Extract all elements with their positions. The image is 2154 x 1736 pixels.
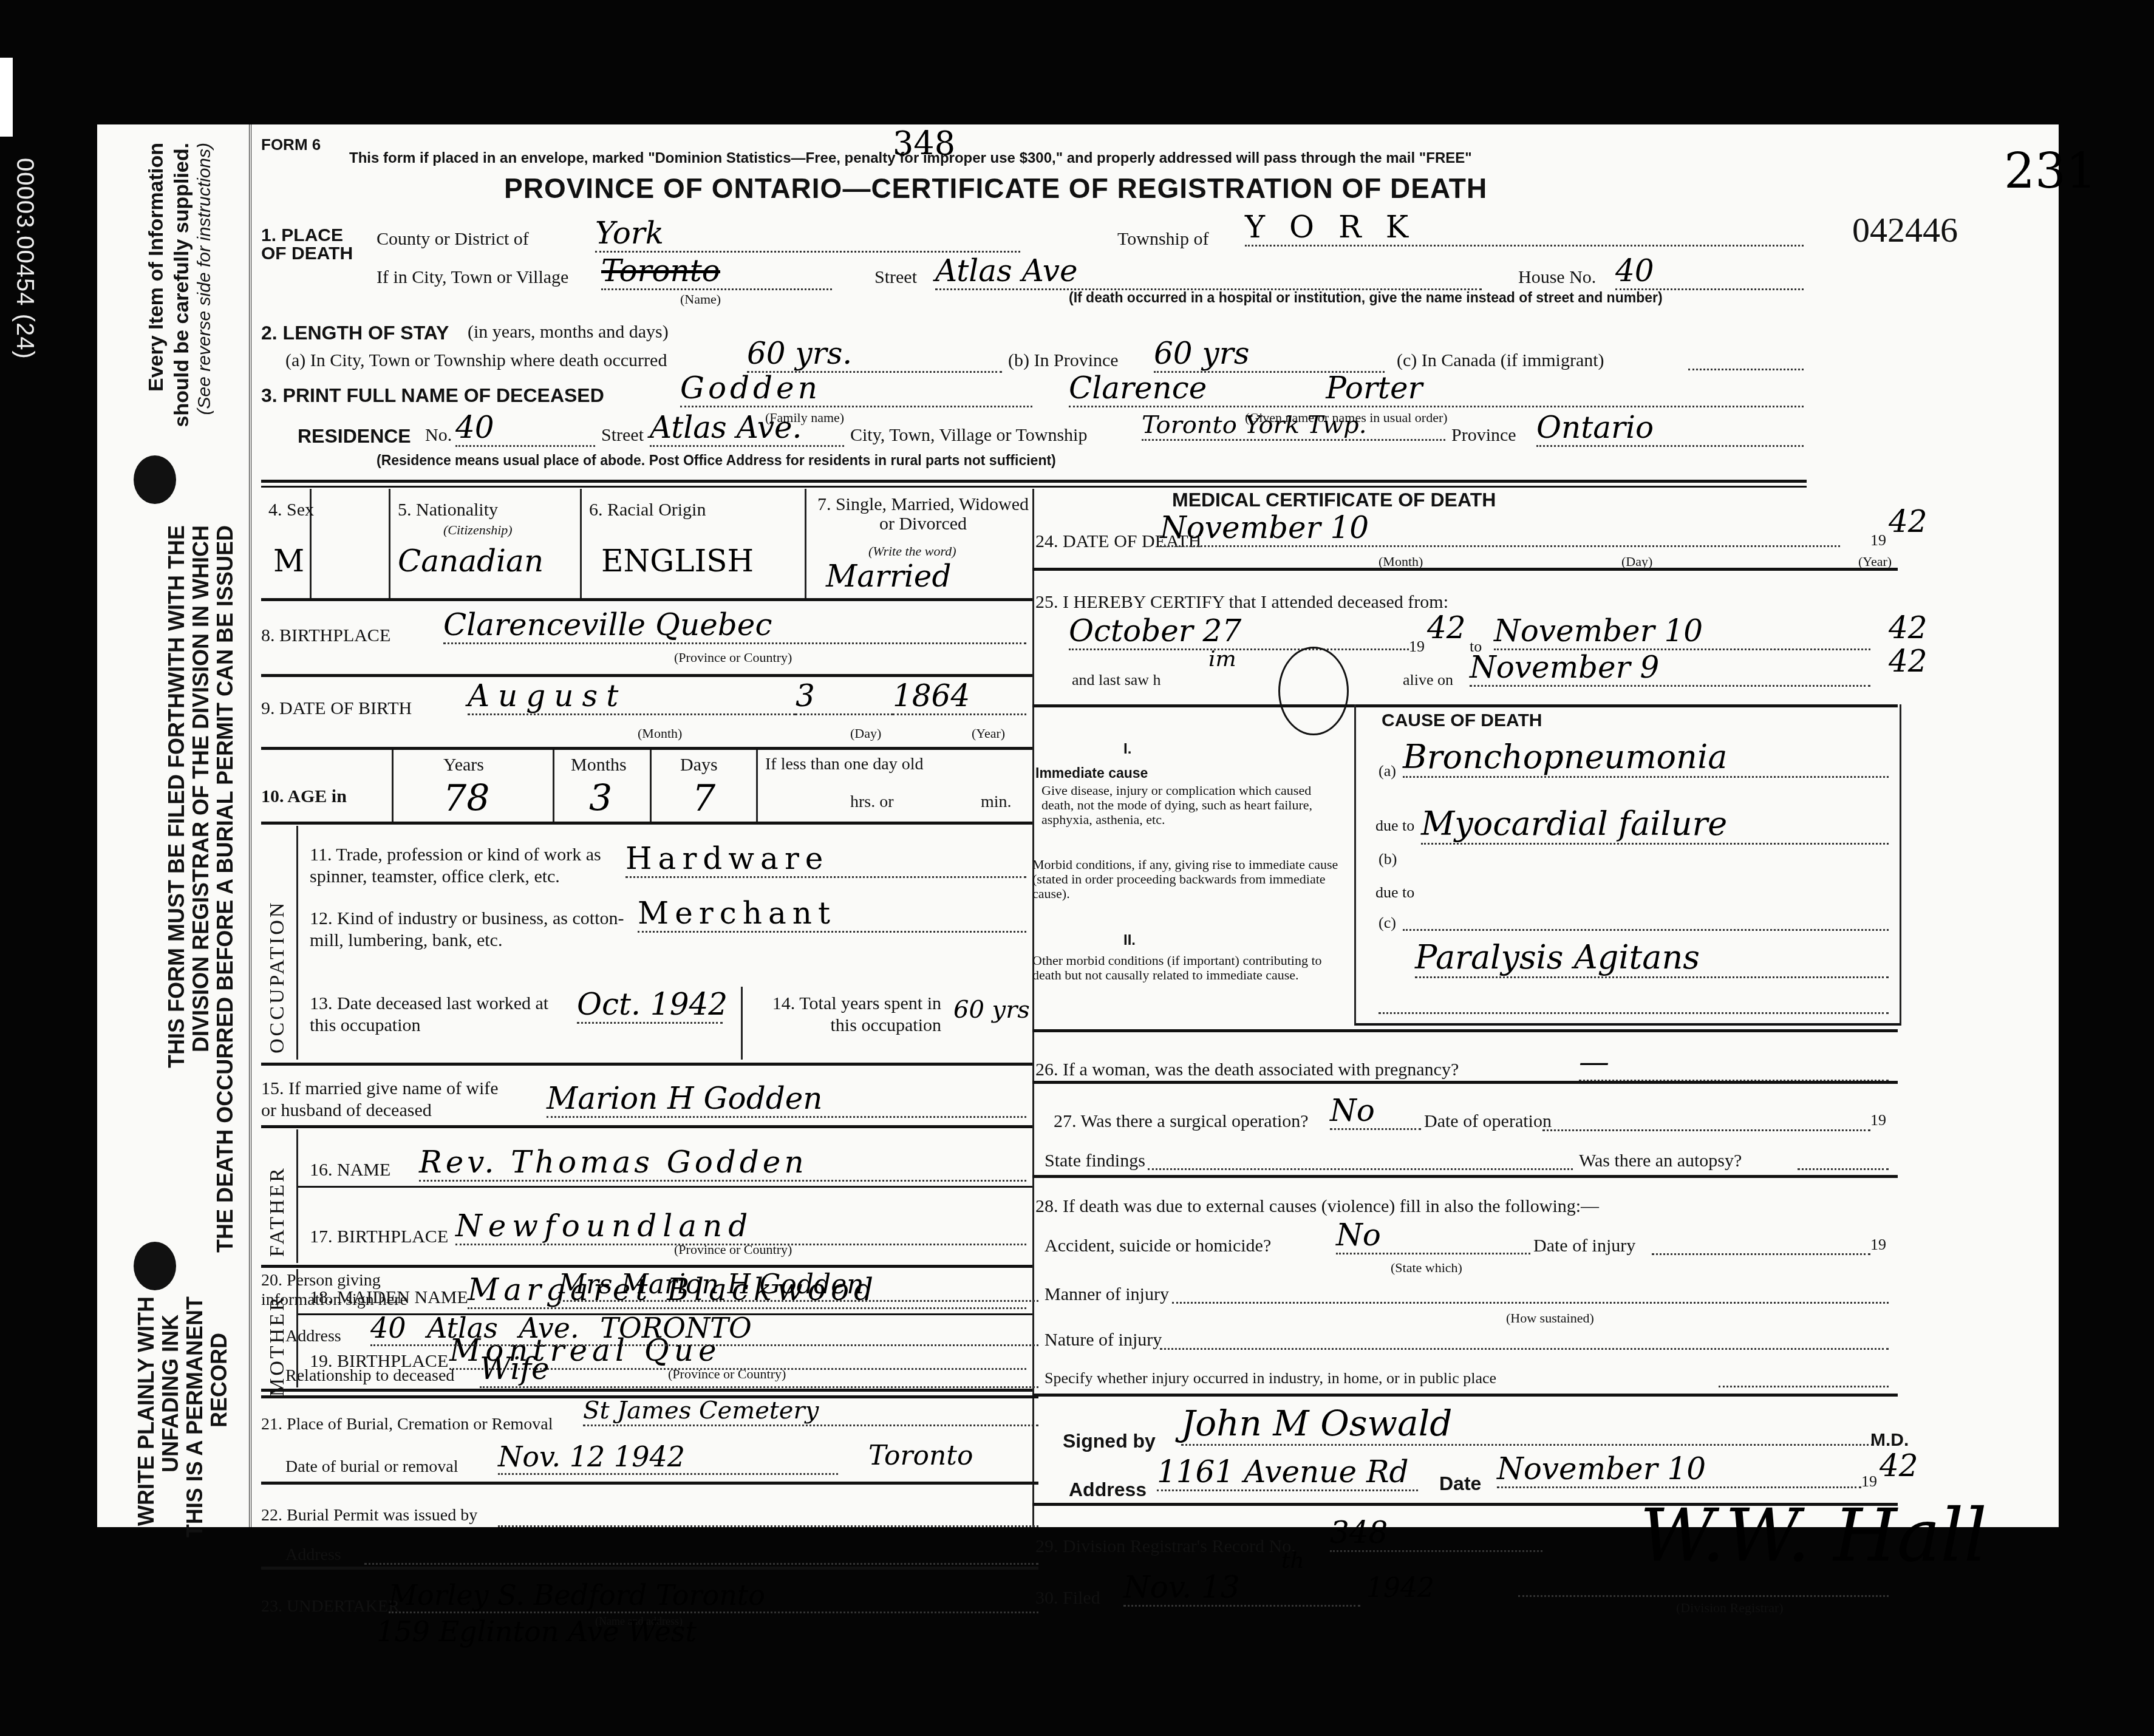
dod-year: 42 <box>1889 504 1927 539</box>
cause-a-label: (a) <box>1379 762 1396 780</box>
state-which-hint: (State which) <box>1391 1260 1462 1276</box>
injury-year-prefix: 19 <box>1870 1236 1886 1254</box>
findings-value <box>1148 1167 1573 1170</box>
city-value: Toronto <box>601 253 832 290</box>
racial-origin-label: 6. Racial Origin <box>589 500 706 520</box>
q26-value: — <box>1579 1044 1889 1081</box>
q13-label: 13. Date deceased last worked at this oc… <box>310 993 577 1036</box>
last-saw-label: and last saw h <box>1072 671 1161 689</box>
divider-15 <box>261 1125 1032 1128</box>
burial-date-value: Nov. 12 1942 <box>498 1440 838 1475</box>
autopsy-label: Was there an autopsy? <box>1579 1151 1742 1171</box>
birthplace-value: Clarenceville Quebec <box>443 607 1026 644</box>
immediate-hint: Give disease, injury or complication whi… <box>1041 783 1345 827</box>
dod-year-prefix: 19 <box>1870 531 1886 550</box>
age-days-label: Days <box>680 755 718 775</box>
father-birthplace-hint: (Province or Country) <box>674 1242 792 1258</box>
cause-c-label: (c) <box>1379 914 1396 932</box>
marital-status-value: Married <box>826 559 951 594</box>
q27-date-value <box>1542 1128 1870 1131</box>
city-label: If in City, Town or Village <box>377 267 568 288</box>
certificate-title: PROVINCE OF ONTARIO—CERTIFICATE OF REGIS… <box>504 172 1487 205</box>
age-min-label: min. <box>981 792 1012 812</box>
burial-place-label: 21. Place of Burial, Cremation or Remova… <box>261 1415 553 1434</box>
signed-date-year-prefix: 19 <box>1861 1472 1877 1491</box>
filed-label: 30. Filed <box>1035 1588 1100 1608</box>
q28-label: 28. If death was due to external causes … <box>1035 1196 1599 1217</box>
residence-no-value: 40 <box>455 410 595 447</box>
dob-day-value: 3 <box>796 678 893 715</box>
informant-address-value: 40 Atlas Ave. TORONTO <box>370 1312 1038 1346</box>
accident-label: Accident, suicide or homicide? <box>1045 1236 1271 1256</box>
informant-address-label: Address <box>285 1327 341 1346</box>
q14-value: 60 yrs <box>953 996 1030 1024</box>
spouse-label: 15. If married give name of wife or husb… <box>261 1078 516 1122</box>
scan-edge-tab <box>0 58 13 137</box>
md-label: M.D. <box>1870 1430 1909 1451</box>
city-name-hint: (Name) <box>680 291 721 307</box>
age-days-value: 7 <box>692 777 715 820</box>
cause-c-value <box>1403 928 1889 931</box>
burial-permit-address-label: Address <box>285 1545 341 1565</box>
punch-hole-top <box>134 455 176 504</box>
street-value: Atlas Ave <box>935 253 1482 290</box>
initials-stamp <box>1278 647 1349 735</box>
medical-title: MEDICAL CERTIFICATE OF DEATH <box>1172 489 1496 511</box>
divider-top-1 <box>261 480 1807 483</box>
age-sep-3 <box>756 750 758 823</box>
q27-label: 27. Was there a surgical operation? <box>1054 1111 1309 1132</box>
undertaker-address: 159 Eglinton Ave West <box>377 1615 697 1648</box>
filed-year: 1942 <box>1366 1573 1434 1604</box>
divider-8 <box>261 674 1032 677</box>
nationality-value: Canadian <box>398 543 544 579</box>
divider-14 <box>261 1063 1032 1066</box>
given-names-value: Clarence Porter <box>1069 370 1804 407</box>
registrar-hint: (Division Registrar) <box>1676 1600 1784 1616</box>
place-of-death-label: 1. PLACE OF DEATH <box>261 226 370 263</box>
father-bracket <box>296 1129 298 1263</box>
physician-address-value: 1161 Avenue Rd <box>1157 1454 1418 1491</box>
filed-value: Nov. 13 <box>1123 1570 1360 1607</box>
q13-value: Oct. 1942 <box>577 987 723 1024</box>
deceased-name-label: 3. PRINT FULL NAME OF DECEASED <box>261 384 604 407</box>
col-sep-nat <box>389 489 390 598</box>
length-of-stay-label: 2. LENGTH OF STAY <box>261 322 449 344</box>
racial-origin-value: ENGLISH <box>601 543 754 579</box>
other-condition-value: Paralysis Agitans <box>1415 938 1889 978</box>
last-saw-year: 42 <box>1889 644 1927 679</box>
note-every-item-3: (See reverse side for instructions) <box>194 143 215 415</box>
punch-hole-bottom <box>134 1242 176 1290</box>
stay-province-label: (b) In Province <box>1008 350 1119 371</box>
note-ink-4: RECORD <box>206 1333 232 1428</box>
attended-from-value: October 27 <box>1069 613 1409 650</box>
divider-24 <box>1032 568 1898 571</box>
stay-city-label: (a) In City, Town or Township where deat… <box>285 350 667 371</box>
note-file-2: DIVISION REGISTRAR OF THE DIVISION IN WH… <box>188 525 214 1052</box>
other-label: Other morbid conditions (if important) c… <box>1032 953 1342 982</box>
manner-label: Manner of injury <box>1045 1284 1169 1305</box>
injury-date-label: Date of injury <box>1533 1236 1635 1256</box>
sex-value: M <box>273 543 304 579</box>
age-sep-2 <box>650 750 652 823</box>
undertaker-label: 23. UNDERTAKER <box>261 1597 400 1616</box>
marital-status-hint: (Write the word) <box>868 543 956 559</box>
signed-date-year: 42 <box>1880 1448 1918 1483</box>
immediate-num: I. <box>1123 741 1131 758</box>
age-hrs-label: hrs. or <box>850 792 894 812</box>
dob-month-value: August <box>468 678 796 715</box>
township-value: YORK <box>1245 209 1804 247</box>
length-of-stay-hint: (in years, months and days) <box>468 322 669 342</box>
age-label: 10. AGE in <box>261 786 347 807</box>
attended-from-year: 42 <box>1427 610 1466 645</box>
q27-date-label: Date of operation <box>1424 1111 1552 1132</box>
burial-permit-value <box>498 1524 1038 1527</box>
alive-on-label: alive on <box>1403 671 1453 689</box>
hospital-hint: (If death occurred in a hospital or inst… <box>1069 290 1663 306</box>
dob-label: 9. DATE OF BIRTH <box>261 698 412 719</box>
divider-27 <box>1032 1175 1898 1178</box>
residence-city-label: City, Town, Village or Township <box>850 425 1087 446</box>
signed-date-value: November 10 <box>1497 1451 1861 1488</box>
registrar-signature-line <box>1518 1594 1889 1597</box>
instruction-sidebar: Every Item of Information should be care… <box>97 124 251 1527</box>
q11-value: Hardware <box>625 841 1026 878</box>
age-years-label: Years <box>443 755 484 775</box>
relationship-label: Relationship to deceased <box>285 1366 454 1386</box>
family-name-value: Godden <box>680 370 1032 407</box>
col-sep-marital <box>805 489 806 598</box>
divider-22 <box>261 1567 1038 1570</box>
last-saw-date: November 9 <box>1470 650 1870 687</box>
stay-canada-label: (c) In Canada (if immigrant) <box>1397 350 1604 371</box>
age-months-label: Months <box>571 755 627 775</box>
other-num: II. <box>1123 932 1136 949</box>
county-label: County or District of <box>377 229 529 250</box>
age-sep-1 <box>553 750 554 823</box>
registration-number: 042446 <box>1852 209 1958 250</box>
note-every-item-1: Every Item of Information <box>145 143 168 392</box>
divider-cause <box>1032 1029 1898 1032</box>
attended-to-year: 42 <box>1889 610 1927 645</box>
signed-date-label: Date <box>1439 1472 1481 1495</box>
residence-province-label: Province <box>1451 425 1516 446</box>
record-no-label: 29. Division Registrar's Record No. <box>1035 1536 1296 1557</box>
dob-month-hint: (Month) <box>638 726 682 741</box>
nature-label: Nature of injury <box>1045 1330 1162 1350</box>
divider-top-2 <box>261 486 1807 488</box>
relationship-value: Wife <box>480 1351 1038 1388</box>
certify-label: 25. I HEREBY CERTIFY that I attended dec… <box>1035 592 1448 613</box>
attended-from-year-prefix: 19 <box>1409 638 1425 656</box>
township-label: Township of <box>1117 229 1208 250</box>
sex-label: 4. Sex <box>268 500 314 520</box>
morbid-label: Morbid conditions, if any, giving rise t… <box>1032 857 1342 901</box>
father-name-label: 16. NAME <box>310 1160 390 1180</box>
residence-no-label: No. <box>425 425 452 446</box>
due-to-2: due to <box>1375 883 1414 902</box>
findings-label: State findings <box>1045 1151 1145 1171</box>
other-condition-line-2 <box>1379 1011 1889 1014</box>
street-label: Street <box>874 267 917 288</box>
injury-date-value <box>1652 1252 1870 1255</box>
age-months-value: 3 <box>589 777 612 820</box>
nationality-label: 5. Nationality <box>398 500 498 520</box>
burial-date-label: Date of burial or removal <box>285 1457 458 1477</box>
due-to-1: due to <box>1375 817 1414 835</box>
age-less-label: If less than one day old <box>765 755 924 774</box>
stay-city-value: 60 yrs. <box>747 336 1002 373</box>
dod-value: November 10 <box>1160 510 1840 547</box>
corner-number: 231 <box>2004 143 2097 199</box>
accident-value: No <box>1336 1217 1530 1254</box>
q12-label: 12. Kind of industry or business, as cot… <box>310 908 632 951</box>
note-file-1: THIS FORM MUST BE FILED FORTHWITH WITH T… <box>164 525 189 1068</box>
county-value: York <box>595 216 1020 253</box>
dob-year-hint: (Year) <box>972 726 1005 741</box>
signed-by-label: Signed by <box>1063 1430 1156 1452</box>
q27-value: No <box>1330 1093 1421 1130</box>
divider-9 <box>261 747 1032 750</box>
note-ink-3: THIS IS A PERMANENT <box>182 1296 208 1537</box>
divider-16 <box>298 1186 1032 1188</box>
divider-26 <box>1032 1081 1898 1084</box>
specify-value <box>1719 1384 1889 1387</box>
burial-permit-label: 22. Burial Permit was issued by <box>261 1506 477 1525</box>
father-section-label: FATHER <box>266 1135 289 1257</box>
cause-a-value: Bronchopneumonia <box>1403 738 1889 778</box>
spouse-value: Marion H Godden <box>547 1081 1026 1118</box>
burial-date-place: Toronto <box>868 1440 973 1471</box>
note-ink-2: UNFADING INK <box>158 1315 183 1472</box>
informant-label: 20. Person giving information sign here <box>261 1271 443 1310</box>
occupation-bracket <box>296 826 298 1060</box>
father-birthplace-value: Newfoundland <box>455 1208 1026 1245</box>
burial-place-value: St James Cemetery <box>583 1397 1038 1426</box>
stay-province-value: 60 yrs <box>1154 336 1385 373</box>
marital-status-label: 7. Single, Married, Widowed or Divorced <box>814 495 1032 534</box>
physician-address-label: Address <box>1069 1479 1147 1501</box>
father-birthplace-label: 17. BIRTHPLACE <box>310 1227 448 1247</box>
q12-value: Merchant <box>638 896 1026 933</box>
cause-b-value: Myocardial failure <box>1421 805 1889 845</box>
specify-label: Specify whether injury occurred in indus… <box>1045 1369 1496 1387</box>
dob-year-value: 1864 <box>893 678 1026 715</box>
cause-b-label: (b) <box>1379 850 1397 868</box>
col-sep-race <box>580 489 582 598</box>
father-name-value: Rev. Thomas Godden <box>419 1145 1026 1182</box>
manner-value <box>1172 1301 1889 1304</box>
birthplace-hint: (Province or Country) <box>674 650 792 665</box>
note-file-3: THE DEATH OCCURRED BEFORE A BURIAL PERMI… <box>213 525 238 1253</box>
q14-label: 14. Total years spent in this occupation <box>753 993 941 1036</box>
residence-label: RESIDENCE <box>298 425 411 448</box>
house-no-value: 40 <box>1615 253 1804 290</box>
residence-street-value: Atlas Ave. <box>650 410 844 447</box>
divider-4 <box>261 598 1032 601</box>
filed-suffix: th <box>1281 1548 1304 1573</box>
residence-street-label: Street <box>601 425 644 446</box>
divider-17 <box>261 1265 1032 1268</box>
stamp-number: 348 <box>893 124 955 163</box>
informant-value: Mrs Marion H Godden <box>559 1269 1038 1302</box>
last-saw-mark: im <box>1208 647 1236 672</box>
registrar-signature: W.W. Hall <box>1640 1494 1987 1578</box>
age-years-value: 78 <box>443 777 489 820</box>
note-every-item-2: should be carefully supplied. <box>170 143 194 427</box>
nationality-hint: (Citizenship) <box>443 522 513 538</box>
residence-hint: (Residence means usual place of abode. P… <box>377 452 1056 469</box>
burial-permit-address-value <box>364 1562 1038 1565</box>
cause-title: CAUSE OF DEATH <box>1382 710 1542 731</box>
residence-province-value: Ontario <box>1536 410 1804 447</box>
occupation-section-label: OCCUPATION <box>266 835 289 1054</box>
birthplace-label: 8. BIRTHPLACE <box>261 625 390 646</box>
signed-by-value: John M Oswald <box>1181 1403 1873 1446</box>
q11-label: 11. Trade, profession or kind of work as… <box>310 844 613 888</box>
q13-q14-sep <box>741 987 743 1060</box>
divider-28 <box>1032 1394 1898 1397</box>
q27-year-prefix: 19 <box>1870 1111 1886 1129</box>
immediate-label: Immediate cause <box>1035 765 1148 781</box>
note-ink-1: WRITE PLAINLY WITH <box>134 1296 159 1526</box>
form-number: FORM 6 <box>261 135 321 154</box>
residence-city-value: Toronto York Twp. <box>1142 411 1445 441</box>
divider-19 <box>261 1389 1032 1392</box>
record-no-value: 348 <box>1330 1515 1542 1552</box>
age-sep-0 <box>392 750 394 823</box>
undertaker-value: Morley S. Bedford Toronto <box>389 1579 1038 1613</box>
house-no-label: House No. <box>1518 267 1596 288</box>
scan-id-label: 00003.00454 (24) <box>11 158 38 359</box>
dob-day-hint: (Day) <box>850 726 881 741</box>
q26-label: 26. If a woman, was the death associated… <box>1035 1060 1459 1080</box>
divider-10 <box>261 822 1032 825</box>
autopsy-value <box>1798 1167 1889 1170</box>
nature-value <box>1160 1347 1889 1350</box>
how-sustained-hint: (How sustained) <box>1506 1310 1594 1326</box>
attended-to-value: November 10 <box>1494 613 1870 650</box>
divider-21 <box>261 1482 1038 1485</box>
